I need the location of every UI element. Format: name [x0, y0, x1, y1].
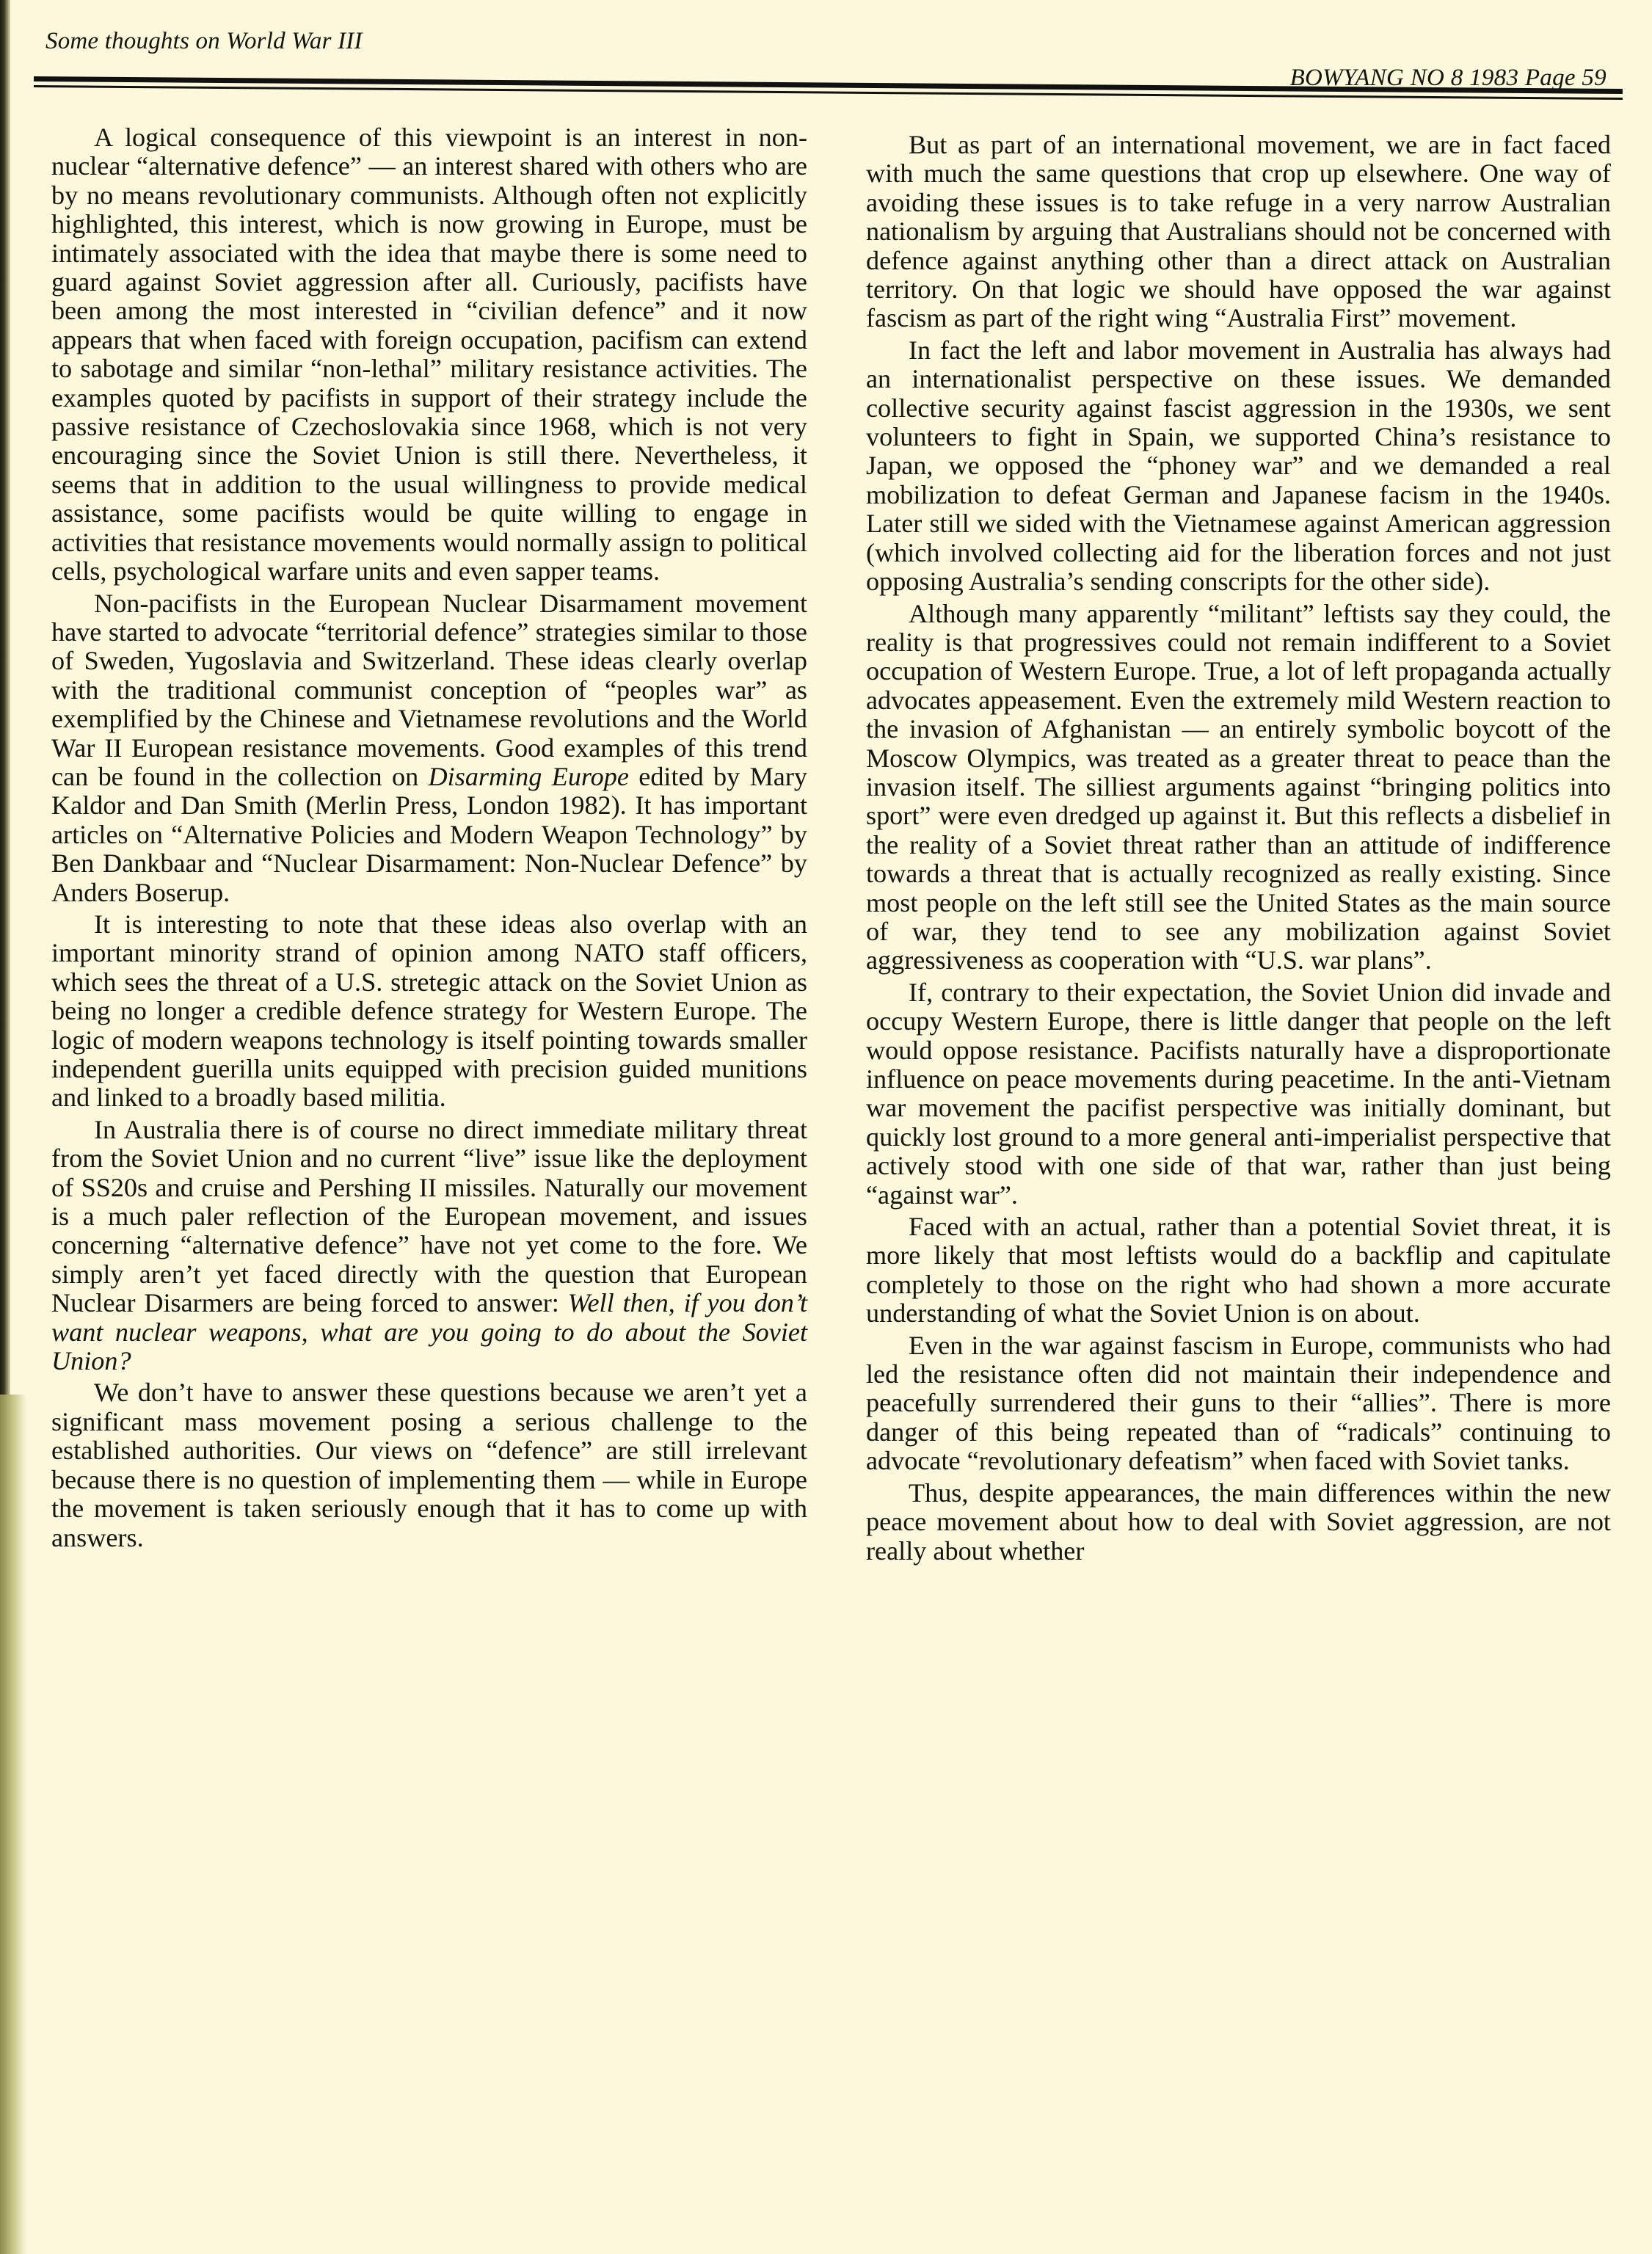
paragraph: If, contrary to their expectation, the S… [866, 978, 1611, 1210]
scanned-page-shadow [0, 1395, 26, 2254]
paragraph: Although many apparently “militant” left… [866, 600, 1611, 975]
right-column: But as part of an international movement… [866, 131, 1611, 1566]
left-column: A logical consequence of this viewpoint … [51, 123, 807, 1552]
book-title: Disarming Europe [429, 762, 629, 791]
paragraph-text: In Australia there is of course no direc… [51, 1115, 807, 1317]
paragraph: It is interesting to note that these ide… [51, 910, 807, 1113]
paragraph: In Australia there is of course no direc… [51, 1116, 807, 1376]
paragraph: Non-pacifists in the European Nuclear Di… [51, 589, 807, 907]
paragraph: In fact the left and labor movement in A… [866, 336, 1611, 597]
paragraph: Faced with an actual, rather than a pote… [866, 1213, 1611, 1328]
paragraph: We don’t have to answer these questions … [51, 1378, 807, 1552]
paragraph-text: Non-pacifists in the European Nuclear Di… [51, 589, 807, 791]
paragraph: Even in the war against fascism in Europ… [866, 1331, 1611, 1476]
paragraph: A logical consequence of this viewpoint … [51, 123, 807, 586]
paragraph: But as part of an international movement… [866, 131, 1611, 333]
paragraph: Thus, despite appearances, the main diff… [866, 1479, 1611, 1566]
article-title: Some thoughts on World War III [46, 28, 363, 55]
